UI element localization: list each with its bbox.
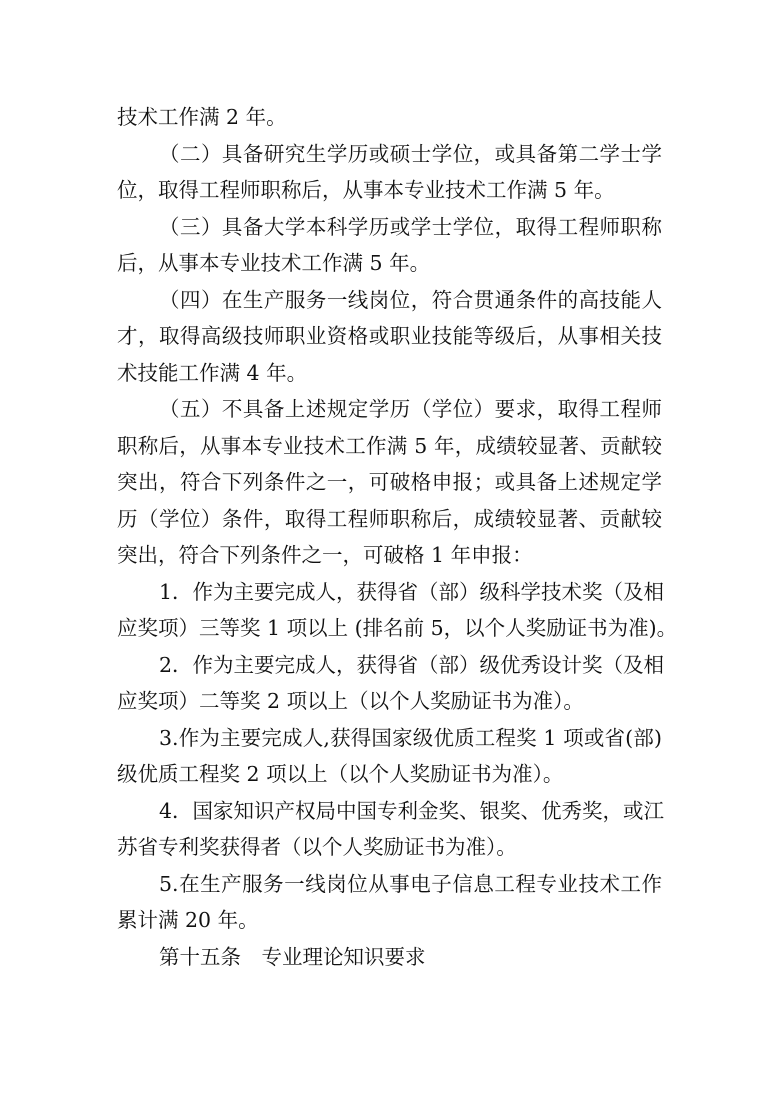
document-page: 技术工作满 2 年。 （二）具备研究生学历或硕士学位，或具备第二学士学 位，取得…: [0, 0, 777, 1099]
text-line: 突出，符合下列条件之一，可破格 1 年申报：: [117, 540, 662, 570]
text-line: 级优质工程奖 2 项以上（以个人奖励证书为准）。: [117, 759, 662, 789]
item-three: 3.作为主要完成人,获得国家级优质工程奖 1 项或省(部): [159, 723, 662, 753]
text-line: 后，从事本专业技术工作满 5 年。: [117, 248, 662, 278]
text-line: 累计满 20 年。: [117, 905, 662, 935]
text-line: 技术工作满 2 年。: [117, 102, 662, 132]
clause-three-heading: （三）具备大学本科学历或学士学位，取得工程师职称: [159, 212, 662, 242]
text-line: 应奖项）三等奖 1 项以上 (排名前 5，以个人奖励证书为准)。: [117, 613, 662, 643]
text-line: 苏省专利奖获得者（以个人奖励证书为准）。: [117, 832, 662, 862]
item-five: 5.在生产服务一线岗位从事电子信息工程专业技术工作: [159, 869, 662, 899]
item-one: 1．作为主要完成人，获得省（部）级科学技术奖（及相: [159, 577, 662, 607]
clause-four-heading: （四）在生产服务一线岗位，符合贯通条件的高技能人: [159, 285, 662, 315]
text-line: 应奖项）二等奖 2 项以上（以个人奖励证书为准）。: [117, 686, 662, 716]
clause-five-heading: （五）不具备上述规定学历（学位）要求，取得工程师: [159, 394, 662, 424]
text-line: 位，取得工程师职称后，从事本专业技术工作满 5 年。: [117, 175, 662, 205]
text-line: 突出，符合下列条件之一，可破格申报；或具备上述规定学: [117, 467, 662, 497]
text-line: 术技能工作满 4 年。: [117, 358, 662, 388]
item-four: 4．国家知识产权局中国专利金奖、银奖、优秀奖，或江: [159, 796, 662, 826]
text-line: 才，取得高级技师职业资格或职业技能等级后，从事相关技: [117, 321, 662, 351]
text-line: 职称后，从事本专业技术工作满 5 年，成绩较显著、贡献较: [117, 431, 662, 461]
item-two: 2．作为主要完成人，获得省（部）级优秀设计奖（及相: [159, 650, 662, 680]
text-line: 历（学位）条件，取得工程师职称后，成绩较显著、贡献较: [117, 504, 662, 534]
clause-two-heading: （二）具备研究生学历或硕士学位，或具备第二学士学: [159, 139, 662, 169]
article-fifteen-heading: 第十五条 专业理论知识要求: [159, 942, 662, 972]
